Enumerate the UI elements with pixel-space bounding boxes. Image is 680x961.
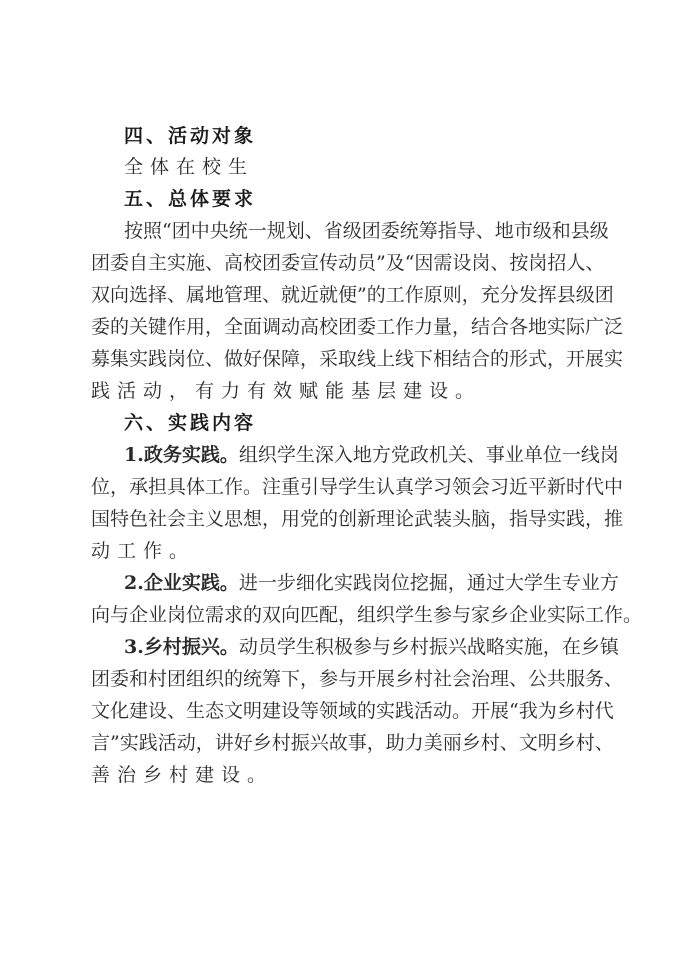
- item-text: 动员学生积极参与乡村振兴战略实施，在乡镇: [239, 636, 619, 658]
- item-text: 组织学生深入地方党政机关、事业单位一线岗: [239, 444, 619, 466]
- paragraph-line: 国特色社会主义思想，用党的创新理论武装头脑，指导实践，推: [91, 507, 593, 531]
- paragraph-line: 委的关键作用，全面调动高校团委工作力量，结合各地实际广泛: [91, 315, 593, 339]
- paragraph-line: 向与企业岗位需求的双向匹配，组织学生参与家乡企业实际工作。: [91, 603, 593, 627]
- item-lead-rural-revitalization: 3.乡村振兴。: [124, 636, 239, 658]
- paragraph-line-item-1: 1.政务实践。组织学生深入地方党政机关、事业单位一线岗: [124, 443, 593, 467]
- item-lead-government-practice: 1.政务实践。: [124, 444, 239, 466]
- paragraph-line: 文化建设、生态文明建设等领域的实践活动。开展“我为乡村代: [91, 699, 593, 723]
- paragraph-line: 言”实践活动，讲好乡村振兴故事，助力美丽乡村、文明乡村、: [91, 731, 593, 755]
- paragraph-line-item-2: 2.企业实践。进一步细化实践岗位挖掘，通过大学生专业方: [124, 571, 593, 595]
- section-heading-practice-content: 六、实践内容: [124, 411, 593, 435]
- paragraph-line: 团委自主实施、高校团委宣传动员”及“因需设岗、按岗招人、: [91, 251, 593, 275]
- paragraph-line: 全体在校生: [124, 155, 593, 179]
- section-heading-general-requirements: 五、总体要求: [124, 187, 593, 211]
- paragraph-line: 按照“团中央统一规划、省级团委统筹指导、地市级和县级: [124, 219, 593, 243]
- document-page: 四、活动对象 全体在校生 五、总体要求 按照“团中央统一规划、省级团委统筹指导、…: [0, 0, 680, 961]
- paragraph-line: 募集实践岗位、做好保障，采取线上线下相结合的形式，开展实: [91, 347, 593, 371]
- paragraph-line: 位，承担具体工作。注重引导学生认真学习领会习近平新时代中: [91, 475, 593, 499]
- section-heading-activity-target: 四、活动对象: [124, 124, 593, 148]
- paragraph-line: 团委和村团组织的统筹下，参与开展乡村社会治理、公共服务、: [91, 667, 593, 691]
- paragraph-line: 双向选择、属地管理、就近就便”的工作原则，充分发挥县级团: [91, 283, 593, 307]
- paragraph-line-item-3: 3.乡村振兴。动员学生积极参与乡村振兴战略实施，在乡镇: [124, 635, 593, 659]
- paragraph-line: 动工作。: [91, 539, 593, 563]
- paragraph-line: 善治乡村建设。: [91, 763, 593, 787]
- item-text: 进一步细化实践岗位挖掘，通过大学生专业方: [239, 572, 619, 594]
- paragraph-line: 践活动，有力有效赋能基层建设。: [91, 379, 593, 403]
- item-lead-enterprise-practice: 2.企业实践。: [124, 572, 239, 594]
